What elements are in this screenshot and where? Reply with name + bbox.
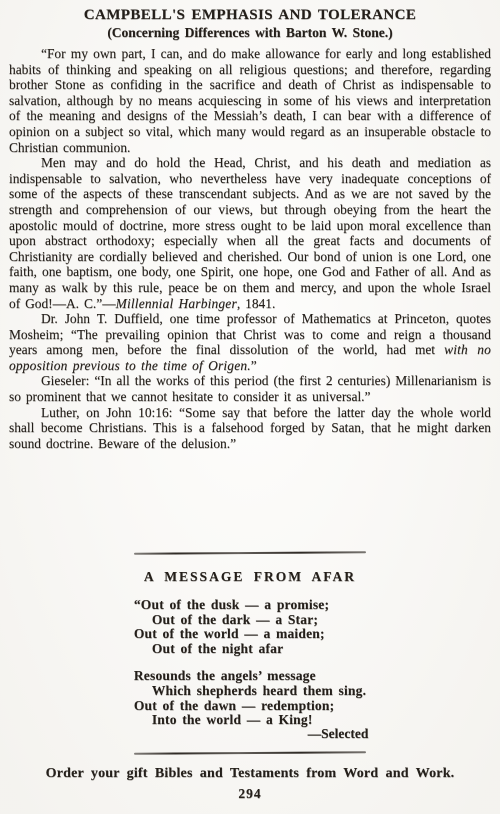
text-segment: ” [251,358,257,373]
poem-line: “Out of the dusk — a promise; [134,598,366,613]
article-body: “For my own part, I can, and do make all… [9,46,491,544]
poem-line: Out of the world — a maiden; [134,627,366,642]
article-paragraph: Dr. John T. Duffield, one time professor… [9,311,491,373]
poem-line: Out of the dark — a Star; [134,613,366,628]
poem-attribution: —Selected [308,726,369,742]
page-number: 294 [9,786,491,802]
article-paragraph: Luther, on John 10:16: “Some say that be… [9,405,491,452]
text-segment: Gieseler: “In all the works of this peri… [9,373,491,404]
section-divider-bottom [134,751,366,754]
text-segment: “For my own part, I can, and do make all… [9,46,491,155]
article-subtitle: (Concerning Differences with Barton W. S… [9,25,491,41]
text-segment: Luther, on John 10:16: “Some say that be… [9,405,491,451]
poem: “Out of the dusk — a promise;Out of the … [134,598,366,728]
poem-stanza: “Out of the dusk — a promise;Out of the … [134,598,366,656]
article-title: CAMPBELL'S EMPHASIS AND TOLERANCE [9,7,491,24]
poem-line: Which shepherds heard them sing. [134,684,366,699]
text-segment: , 1841. [237,296,275,311]
article-paragraph: “For my own part, I can, and do make all… [9,46,491,155]
section-divider-top [134,551,366,554]
poem-line: Out of the dawn — redemption; [134,699,366,714]
poem-stanza: Resounds the angels’ messageWhich shephe… [134,669,366,727]
italic-text-segment: Millennial Harbinger [116,296,237,311]
text-segment: Men may and do hold the Head, Christ, an… [9,155,491,310]
text-segment: Dr. John T. Duffield, one time professor… [9,311,491,357]
footer-notice: Order your gift Bibles and Testaments fr… [9,766,491,782]
article-paragraph: Men may and do hold the Head, Christ, an… [9,155,491,311]
scanned-document-page: CAMPBELL'S EMPHASIS AND TOLERANCE (Conce… [0,0,500,814]
poem-line: Out of the night afar [134,642,366,657]
poem-heading: A MESSAGE FROM AFAR [9,569,491,585]
poem-line: Resounds the angels’ message [134,669,366,684]
article-paragraph: Gieseler: “In all the works of this peri… [9,373,491,404]
